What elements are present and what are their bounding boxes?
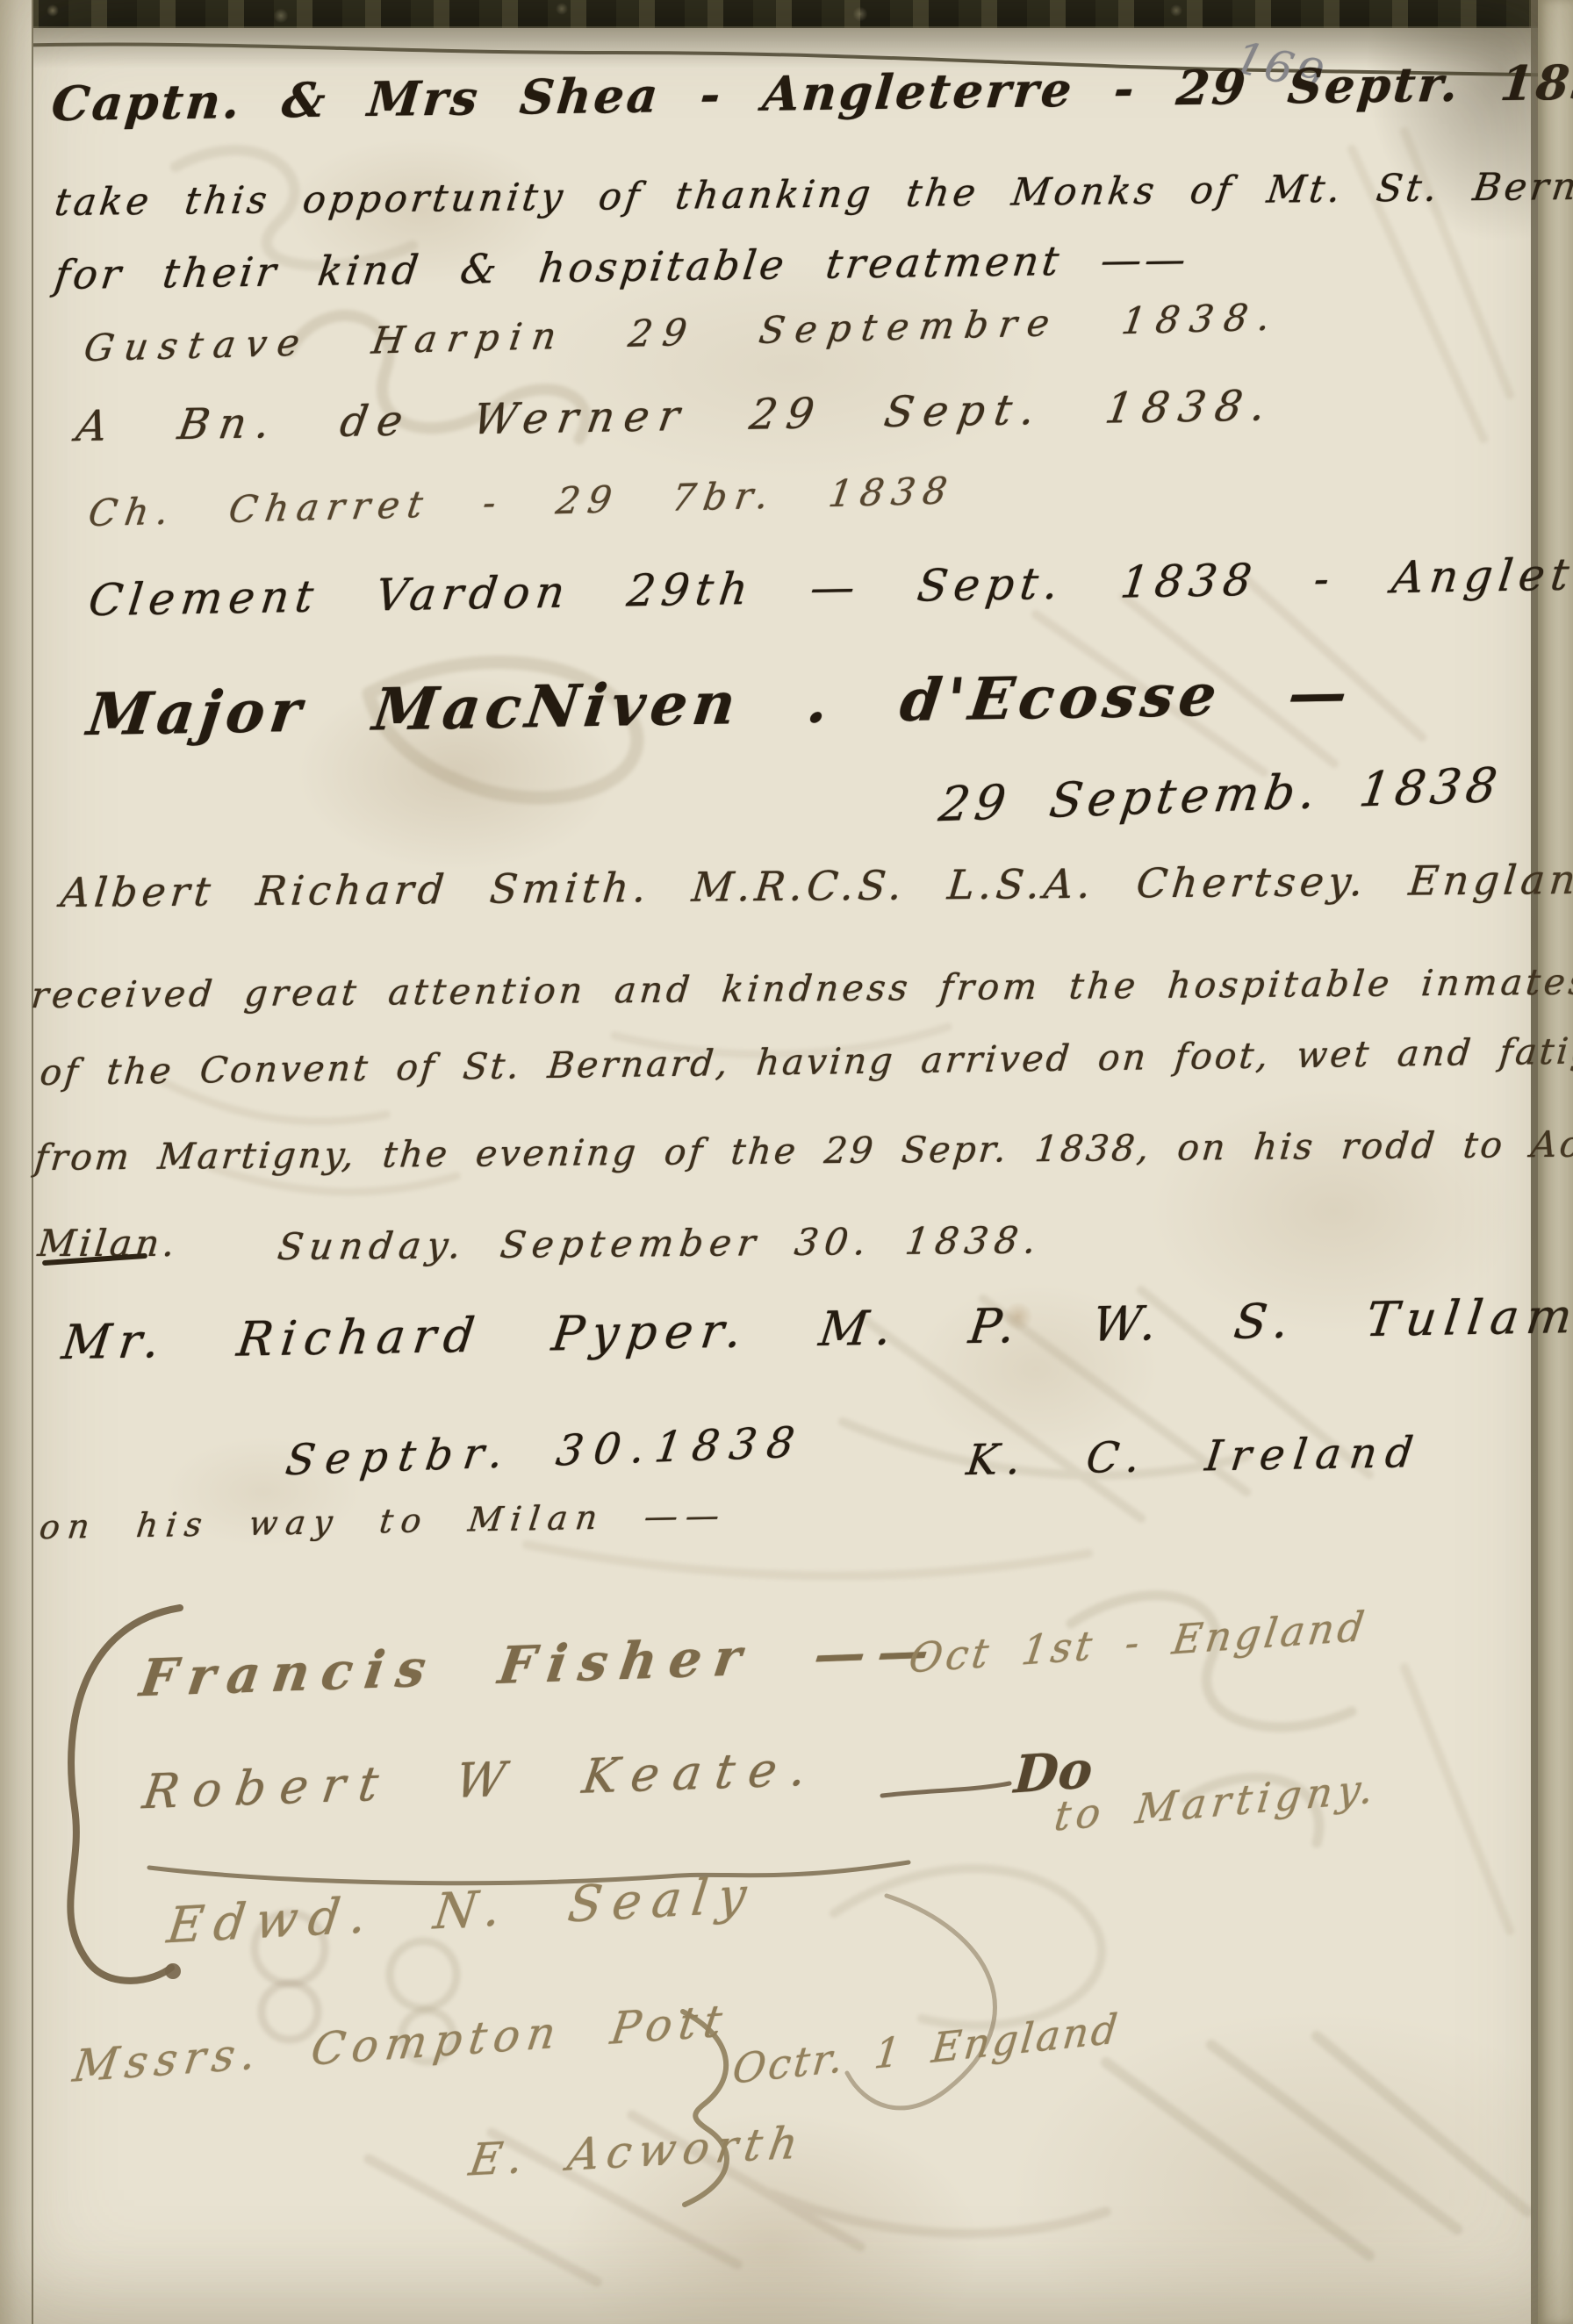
book-binding-strip [0, 0, 1573, 28]
entry-smith-line6: Sunday. September 30. 1838. [276, 1218, 1045, 1268]
entry-pyper-loc: K. C. Ireland [964, 1428, 1425, 1485]
guestbook-page: 169 Captn. & Mrs Shea - Angleterre - 29 … [0, 0, 1573, 2324]
left-page-sliver [0, 0, 33, 2324]
entry-smith-line5: Milan. [36, 1222, 180, 1265]
ditto-dash [882, 1783, 1009, 1796]
